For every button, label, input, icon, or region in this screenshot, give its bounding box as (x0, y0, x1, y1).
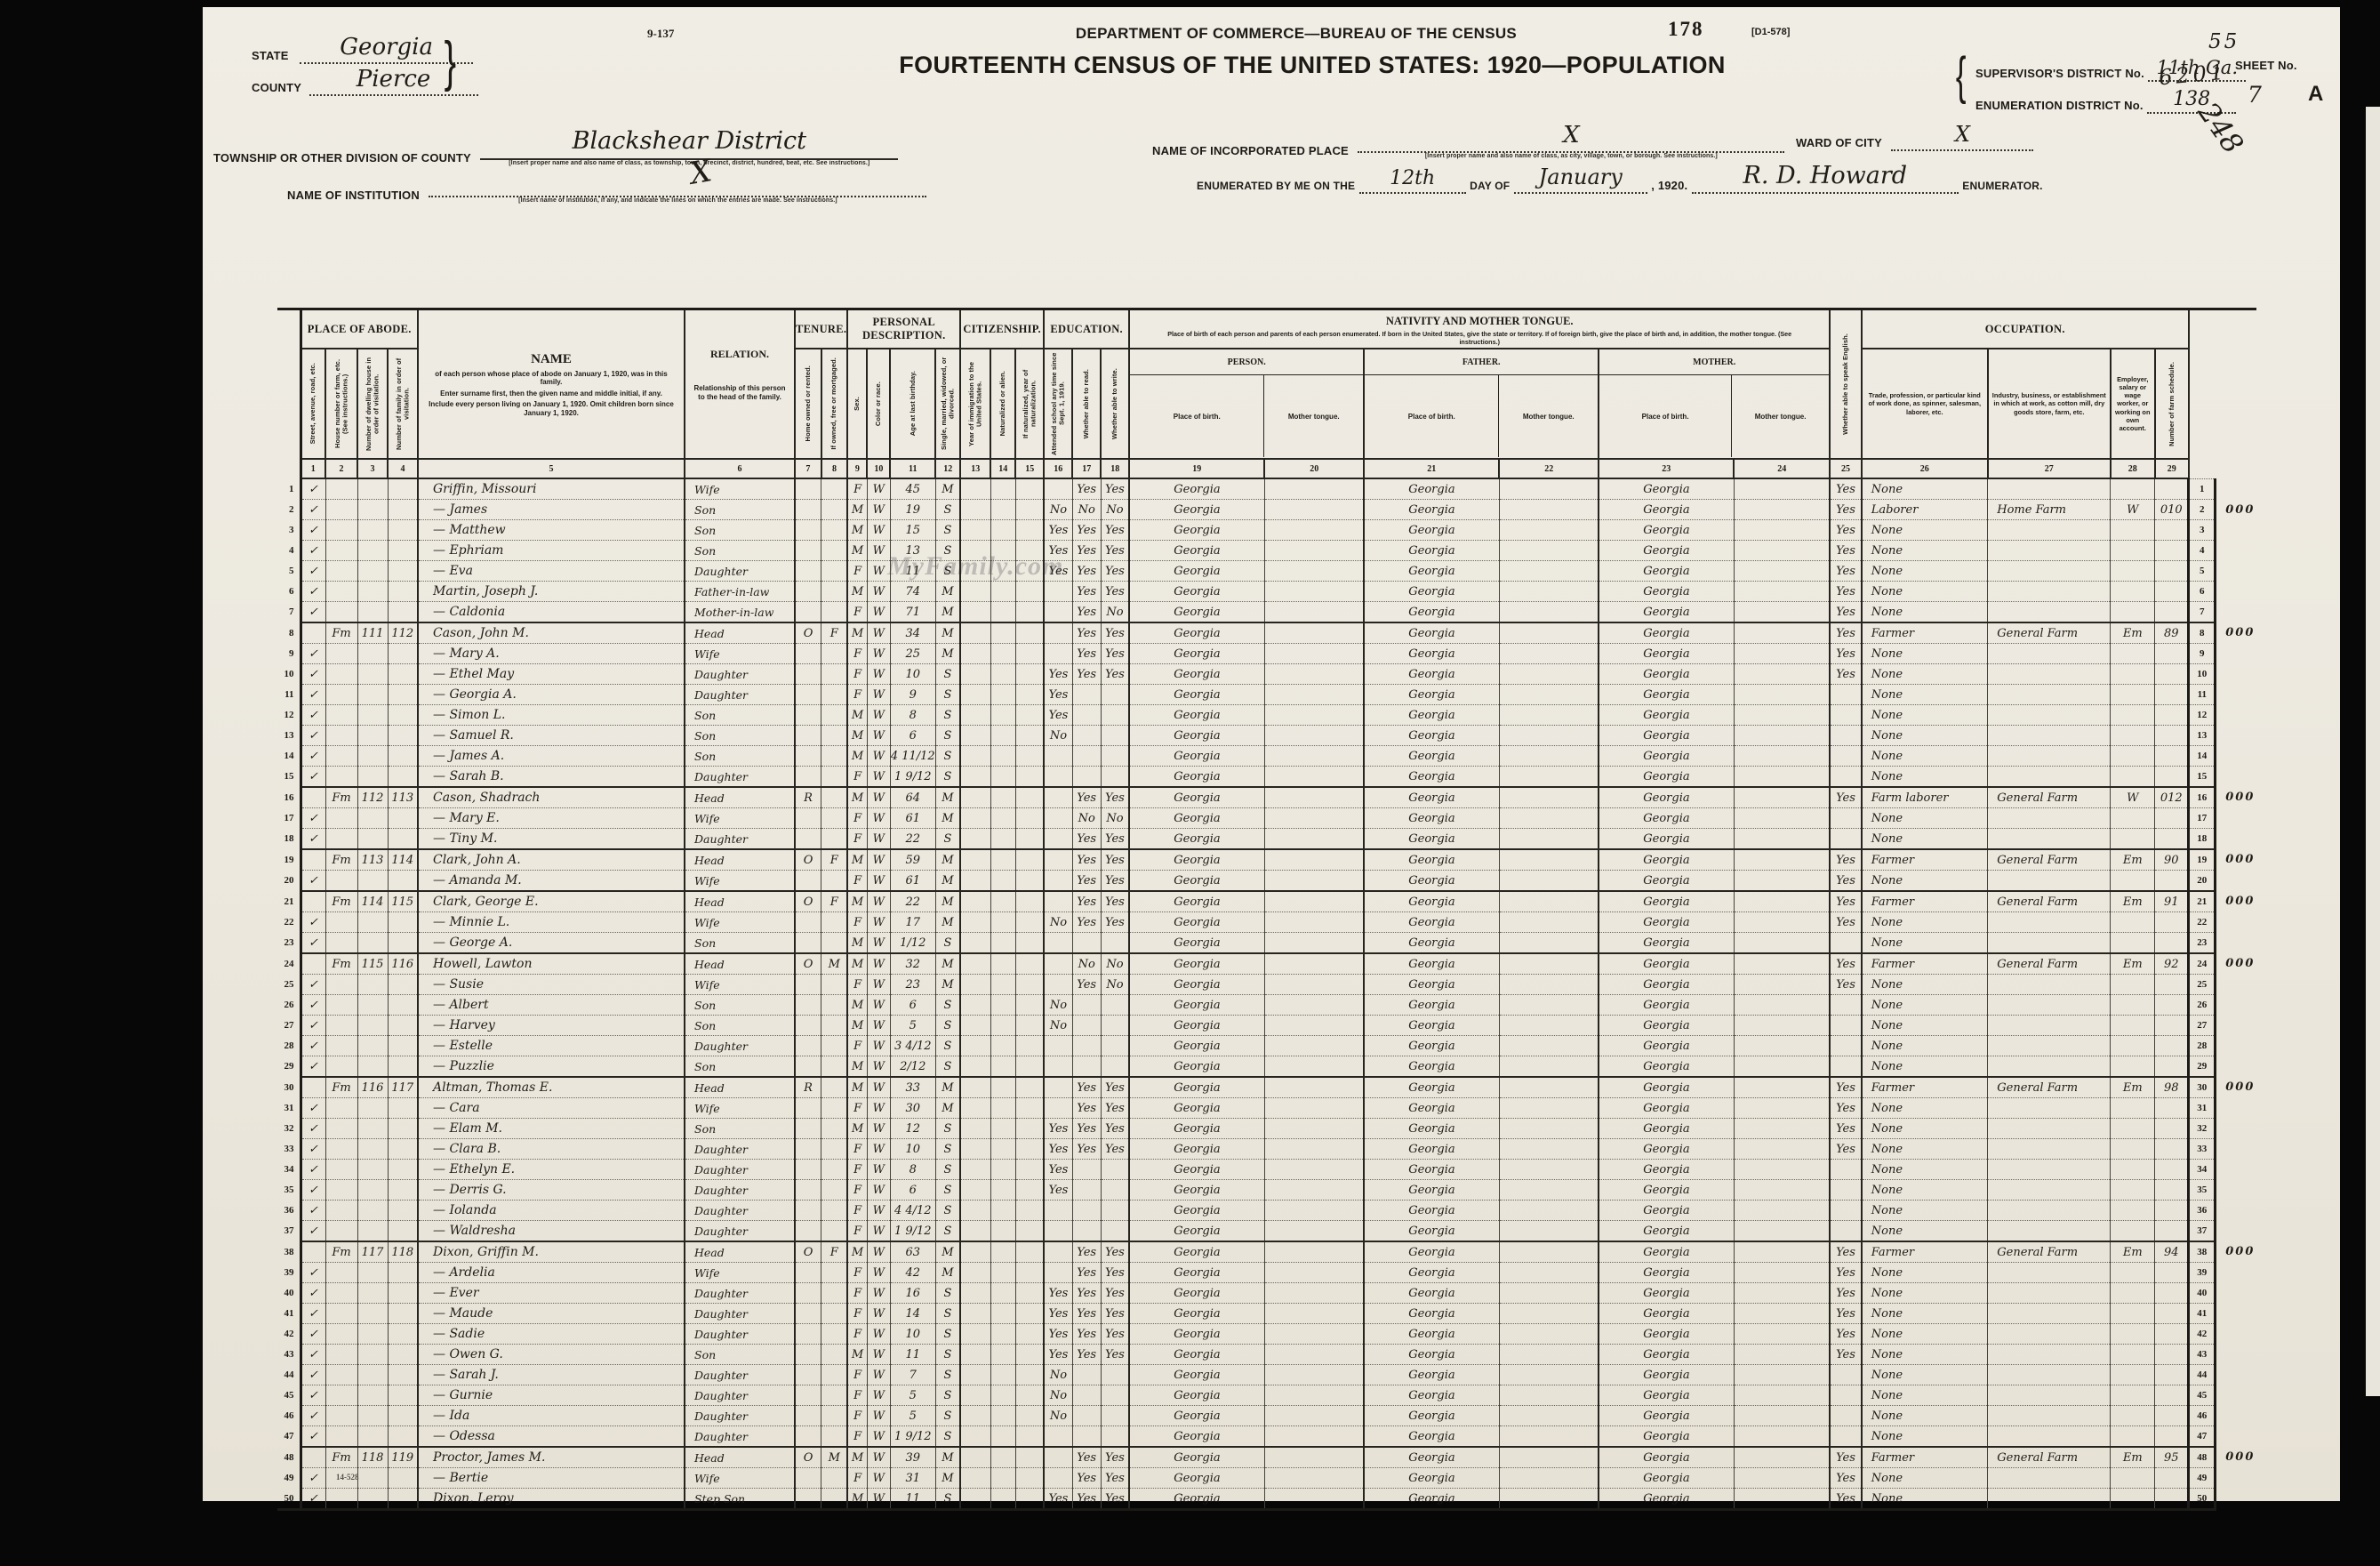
father-birthplace: Georgia (1364, 829, 1499, 850)
institution-row: NAME OF INSTITUTION [Insert name of inst… (287, 178, 926, 204)
mother-mother-tongue (1734, 767, 1830, 788)
sex: F (847, 1406, 867, 1426)
person-name: — Eva (418, 561, 685, 582)
owned-free-or-mortgaged (821, 1304, 848, 1324)
naturalized-or-alien (990, 685, 1015, 705)
able-to-write (1101, 726, 1129, 746)
mother-mother-tongue (1734, 1221, 1830, 1242)
attended-school (1044, 1201, 1072, 1221)
column-number: 16 (1044, 459, 1072, 478)
owned-free-or-mortgaged (821, 912, 848, 933)
age: 4 4/12 (890, 1201, 935, 1221)
abode-check: ✓ (301, 1056, 325, 1078)
age: 25 (890, 644, 935, 664)
farm-code (325, 705, 357, 726)
person-name: — Ephriam (418, 541, 685, 561)
industry (1988, 1056, 2111, 1078)
speaks-english: Yes (1830, 1489, 1862, 1510)
mother-mother-tongue (1734, 705, 1830, 726)
age: 33 (890, 1077, 935, 1098)
naturalized-or-alien (990, 975, 1015, 995)
naturalized-or-alien (990, 1201, 1015, 1221)
table-row: 48Fm118119Proctor, James M.HeadOMMW39MYe… (277, 1447, 2256, 1468)
able-to-write: No (1101, 808, 1129, 829)
table-row: 44✓— Sarah J.DaughterFW7SNoGeorgiaGeorgi… (277, 1365, 2256, 1385)
row-number-right: 17 (2189, 808, 2216, 829)
dwelling-number (357, 582, 388, 602)
farm-code (325, 500, 357, 520)
person-name: — Tiny M. (418, 829, 685, 850)
marital-status: M (935, 622, 960, 644)
margin-stamp (2216, 746, 2256, 767)
mother-mother-tongue (1734, 829, 1830, 850)
color-race: W (867, 1180, 890, 1201)
industry (1988, 1385, 2111, 1406)
col-head-free-mortgaged: If owned, free or mortgaged. (821, 349, 848, 459)
relation: Daughter (685, 1426, 795, 1448)
row-number-left: 9 (277, 644, 301, 664)
row-number-left: 33 (277, 1139, 301, 1160)
family-number: 114 (388, 849, 418, 871)
table-row: 32✓— Elam M.SonMW12SYesYesYesGeorgiaGeor… (277, 1119, 2256, 1139)
farm-schedule-number (2155, 644, 2189, 664)
naturalized-or-alien (990, 726, 1015, 746)
home-owned-or-rented (795, 1468, 821, 1489)
employer-class (2111, 871, 2155, 892)
naturalized-or-alien (990, 644, 1015, 664)
age: 13 (890, 541, 935, 561)
mother-birthplace: Georgia (1599, 1241, 1734, 1263)
able-to-write (1101, 1365, 1129, 1385)
naturalization-year (1015, 1468, 1044, 1489)
mother-birthplace: Georgia (1599, 1406, 1734, 1426)
row-number-left: 25 (277, 975, 301, 995)
immigration-year (960, 705, 990, 726)
dwelling-number (357, 1056, 388, 1078)
row-number-right: 39 (2189, 1263, 2216, 1283)
farm-code (325, 726, 357, 746)
table-row: 26✓— AlbertSonMW6SNoGeorgiaGeorgiaGeorgi… (277, 995, 2256, 1016)
marital-status: S (935, 1365, 960, 1385)
margin-stamp (2216, 602, 2256, 623)
column-number: 13 (960, 459, 990, 478)
attended-school: Yes (1044, 1324, 1072, 1345)
employer-class (2111, 1283, 2155, 1304)
able-to-read: Yes (1072, 912, 1101, 933)
attended-school (1044, 808, 1072, 829)
margin-stamp: 000 (2216, 1241, 2256, 1263)
naturalized-or-alien (990, 1489, 1015, 1510)
able-to-write: Yes (1101, 787, 1129, 808)
naturalization-year (1015, 975, 1044, 995)
table-row: 13✓— Samuel R.SonMW6SNoGeorgiaGeorgiaGeo… (277, 726, 2256, 746)
table-row: 40✓— EverDaughterFW16SYesYesYesGeorgiaGe… (277, 1283, 2256, 1304)
table-row: 28✓— EstelleDaughterFW3 4/12SGeorgiaGeor… (277, 1036, 2256, 1056)
naturalization-year (1015, 912, 1044, 933)
industry (1988, 644, 2111, 664)
trade: None (1862, 975, 1988, 995)
family-number (388, 1426, 418, 1448)
row-number-left: 1 (277, 478, 301, 500)
person-birthplace: Georgia (1129, 1098, 1264, 1119)
row-number-right: 35 (2189, 1180, 2216, 1201)
row-number-left: 41 (277, 1304, 301, 1324)
right-line-number-column (2189, 309, 2216, 479)
sex: F (847, 1365, 867, 1385)
dwelling-number (357, 1221, 388, 1242)
color-race: W (867, 500, 890, 520)
family-number (388, 975, 418, 995)
age: 5 (890, 1406, 935, 1426)
age: 11 (890, 1345, 935, 1365)
person-birthplace: Georgia (1129, 561, 1264, 582)
speaks-english: Yes (1830, 1345, 1862, 1365)
trade: None (1862, 1263, 1988, 1283)
trade: None (1862, 1365, 1988, 1385)
able-to-write: Yes (1101, 1447, 1129, 1468)
able-to-read (1072, 995, 1101, 1016)
sex: M (847, 622, 867, 644)
employer-class (2111, 808, 2155, 829)
row-number-right: 11 (2189, 685, 2216, 705)
person-mother-tongue (1264, 644, 1364, 664)
industry (1988, 726, 2111, 746)
father-birthplace: Georgia (1364, 746, 1499, 767)
row-number-right: 44 (2189, 1365, 2216, 1385)
speaks-english (1830, 767, 1862, 788)
father-birthplace: Georgia (1364, 953, 1499, 975)
marital-status: S (935, 1345, 960, 1365)
speaks-english (1830, 1385, 1862, 1406)
industry (1988, 1365, 2111, 1385)
immigration-year (960, 1119, 990, 1139)
father-birthplace: Georgia (1364, 1056, 1499, 1078)
row-number-left: 14 (277, 746, 301, 767)
father-birthplace: Georgia (1364, 767, 1499, 788)
age: 10 (890, 1324, 935, 1345)
mother-mother-tongue (1734, 933, 1830, 954)
relation: Daughter (685, 1036, 795, 1056)
margin-stamp (2216, 561, 2256, 582)
person-mother-tongue (1264, 1056, 1364, 1078)
state-row: STATE Georgia (252, 34, 473, 64)
color-race: W (867, 995, 890, 1016)
sex: M (847, 1056, 867, 1078)
able-to-read: Yes (1072, 582, 1101, 602)
able-to-write: Yes (1101, 1077, 1129, 1098)
abode-check: ✓ (301, 995, 325, 1016)
relation: Father-in-law (685, 582, 795, 602)
row-number-right: 14 (2189, 746, 2216, 767)
employer-class: Em (2111, 1241, 2155, 1263)
farm-schedule-number (2155, 1056, 2189, 1078)
supervisor-district-row: SUPERVISOR'S DISTRICT No. 11th Ga. (1975, 57, 2246, 82)
home-owned-or-rented (795, 1160, 821, 1180)
immigration-year (960, 1139, 990, 1160)
father-birthplace: Georgia (1364, 726, 1499, 746)
age: 19 (890, 500, 935, 520)
father-birthplace: Georgia (1364, 1241, 1499, 1263)
able-to-read (1072, 746, 1101, 767)
able-to-read (1072, 1426, 1101, 1448)
table-row: 21Fm114115Clark, George E.HeadOFMW22MYes… (277, 891, 2256, 912)
able-to-write (1101, 1201, 1129, 1221)
mother-mother-tongue (1734, 1036, 1830, 1056)
owned-free-or-mortgaged (821, 767, 848, 788)
column-number: 19 (1129, 459, 1264, 478)
home-owned-or-rented: R (795, 787, 821, 808)
father-birthplace: Georgia (1364, 478, 1499, 500)
abode-check: ✓ (301, 1180, 325, 1201)
home-owned-or-rented: O (795, 953, 821, 975)
mother-birthplace: Georgia (1599, 726, 1734, 746)
able-to-read: Yes (1072, 1489, 1101, 1510)
person-birthplace: Georgia (1129, 1365, 1264, 1385)
table-row: 30Fm116117Altman, Thomas E.HeadRMW33MYes… (277, 1077, 2256, 1098)
owned-free-or-mortgaged: F (821, 1241, 848, 1263)
owned-free-or-mortgaged (821, 933, 848, 954)
home-owned-or-rented (795, 933, 821, 954)
family-number (388, 1139, 418, 1160)
able-to-read (1072, 705, 1101, 726)
farm-code (325, 829, 357, 850)
subgroup-person: PERSON. Place of birth.Mother tongue. (1129, 349, 1364, 459)
color-race: W (867, 1304, 890, 1324)
employer-class (2111, 995, 2155, 1016)
home-owned-or-rented (795, 1119, 821, 1139)
attended-school: No (1044, 912, 1072, 933)
naturalized-or-alien (990, 1077, 1015, 1098)
row-number-right: 3 (2189, 520, 2216, 541)
able-to-read: Yes (1072, 1345, 1101, 1365)
abode-check: ✓ (301, 685, 325, 705)
relation: Daughter (685, 1385, 795, 1406)
person-birthplace: Georgia (1129, 1077, 1264, 1098)
column-number: 3 (357, 459, 388, 478)
attended-school: Yes (1044, 541, 1072, 561)
dwelling-number (357, 602, 388, 623)
family-number (388, 1365, 418, 1385)
trade: None (1862, 1304, 1988, 1324)
able-to-write: Yes (1101, 871, 1129, 892)
dwelling-number (357, 829, 388, 850)
row-number-left: 6 (277, 582, 301, 602)
farm-schedule-number (2155, 1426, 2189, 1448)
person-birthplace: Georgia (1129, 871, 1264, 892)
person-mother-tongue (1264, 622, 1364, 644)
sex: M (847, 849, 867, 871)
naturalization-year (1015, 541, 1044, 561)
table-row: 39✓— ArdeliaWifeFW42MYesYesGeorgiaGeorgi… (277, 1263, 2256, 1283)
color-race: W (867, 891, 890, 912)
family-number (388, 912, 418, 933)
relation: Daughter (685, 1406, 795, 1426)
family-number (388, 1098, 418, 1119)
immigration-year (960, 912, 990, 933)
trade: Farmer (1862, 953, 1988, 975)
employer-class (2111, 1489, 2155, 1510)
person-name: — Mary E. (418, 808, 685, 829)
dwelling-number (357, 1365, 388, 1385)
scanner-edge (2366, 107, 2380, 1396)
sex: M (847, 582, 867, 602)
sex: M (847, 541, 867, 561)
margin-stamp (2216, 1036, 2256, 1056)
color-race: W (867, 829, 890, 850)
ward-value: X (1891, 123, 2033, 151)
naturalized-or-alien (990, 1365, 1015, 1385)
farm-schedule-number (2155, 933, 2189, 954)
column-number: 10 (867, 459, 890, 478)
abode-check (301, 891, 325, 912)
col-head-able-to-write: Whether able to write. (1101, 349, 1129, 459)
dwelling-number (357, 995, 388, 1016)
mother-mother-tongue (1734, 1283, 1830, 1304)
dwelling-number (357, 871, 388, 892)
farm-code (325, 1489, 357, 1510)
able-to-read: Yes (1072, 1241, 1101, 1263)
person-mother-tongue (1264, 561, 1364, 582)
table-row: 31✓— CaraWifeFW30MYesYesGeorgiaGeorgiaGe… (277, 1098, 2256, 1119)
person-mother-tongue (1264, 1180, 1364, 1201)
mother-mother-tongue (1734, 953, 1830, 975)
immigration-year (960, 1345, 990, 1365)
relation: Son (685, 520, 795, 541)
census-rows: 1✓Griffin, MissouriWifeFW45MYesYesGeorgi… (277, 478, 2256, 1510)
sex: F (847, 1201, 867, 1221)
employer-class (2111, 1426, 2155, 1448)
farm-code (325, 664, 357, 685)
industry (1988, 1119, 2111, 1139)
farm-code (325, 912, 357, 933)
margin-stamp (2216, 1180, 2256, 1201)
family-number (388, 995, 418, 1016)
margin-stamp (2216, 1468, 2256, 1489)
relation: Daughter (685, 1201, 795, 1221)
naturalized-or-alien (990, 1426, 1015, 1448)
person-name: Dixon, Leroy (418, 1489, 685, 1510)
mother-birthplace: Georgia (1599, 975, 1734, 995)
speaks-english: Yes (1830, 891, 1862, 912)
immigration-year (960, 644, 990, 664)
speaks-english (1830, 1016, 1862, 1036)
trade: None (1862, 871, 1988, 892)
trade: None (1862, 685, 1988, 705)
name-desc-2: Enter surname first, then the given name… (424, 389, 678, 398)
able-to-read: Yes (1072, 1077, 1101, 1098)
table-row: 9✓— Mary A.WifeFW25MYesYesGeorgiaGeorgia… (277, 644, 2256, 664)
attended-school: Yes (1044, 561, 1072, 582)
person-name: — Bertie (418, 1468, 685, 1489)
mother-birthplace: Georgia (1599, 1056, 1734, 1078)
father-mother-tongue (1499, 1098, 1599, 1119)
farm-code (325, 602, 357, 623)
able-to-write (1101, 767, 1129, 788)
naturalized-or-alien (990, 829, 1015, 850)
able-to-read: Yes (1072, 829, 1101, 850)
industry: General Farm (1988, 622, 2111, 644)
relation: Son (685, 500, 795, 520)
speaks-english: Yes (1830, 622, 1862, 644)
mother-birthplace: Georgia (1599, 1345, 1734, 1365)
trade: Farm laborer (1862, 787, 1988, 808)
speaks-english: Yes (1830, 1241, 1862, 1263)
naturalized-or-alien (990, 520, 1015, 541)
able-to-read (1072, 1365, 1101, 1385)
trade: None (1862, 1221, 1988, 1242)
table-row: 3✓— MatthewSonMW15SYesYesYesGeorgiaGeorg… (277, 520, 2256, 541)
employer-class (2111, 1468, 2155, 1489)
employer-class (2111, 1304, 2155, 1324)
farm-code (325, 1385, 357, 1406)
sex: F (847, 602, 867, 623)
abode-check: ✓ (301, 1468, 325, 1489)
employer-class (2111, 1345, 2155, 1365)
farm-schedule-number: 95 (2155, 1447, 2189, 1468)
speaks-english (1830, 685, 1862, 705)
row-number-left: 12 (277, 705, 301, 726)
age: 64 (890, 787, 935, 808)
mother-birthplace: Georgia (1599, 1447, 1734, 1468)
mother-birthplace: Georgia (1599, 767, 1734, 788)
naturalized-or-alien (990, 891, 1015, 912)
group-citizenship: CITIZENSHIP. (960, 309, 1044, 349)
margin-stamp (2216, 829, 2256, 850)
mother-mother-tongue (1734, 1180, 1830, 1201)
row-number-right: 30 (2189, 1077, 2216, 1098)
able-to-write: Yes (1101, 1345, 1129, 1365)
margin-stamp: 000 (2216, 787, 2256, 808)
row-number-left: 30 (277, 1077, 301, 1098)
incorporated-value: X (1358, 123, 1784, 153)
age: 61 (890, 871, 935, 892)
person-mother-tongue (1264, 1201, 1364, 1221)
farm-schedule-number (2155, 746, 2189, 767)
ward-label: WARD OF CITY (1796, 136, 1882, 149)
sex: F (847, 1098, 867, 1119)
table-row: 17✓— Mary E.WifeFW61MNoNoGeorgiaGeorgiaG… (277, 808, 2256, 829)
speaks-english (1830, 1406, 1862, 1426)
relation: Son (685, 1056, 795, 1078)
owned-free-or-mortgaged (821, 787, 848, 808)
color-race: W (867, 1201, 890, 1221)
farm-schedule-number (2155, 602, 2189, 623)
naturalization-year (1015, 1139, 1044, 1160)
owned-free-or-mortgaged (821, 1119, 848, 1139)
immigration-year (960, 726, 990, 746)
person-birthplace: Georgia (1129, 1160, 1264, 1180)
able-to-write: Yes (1101, 1468, 1129, 1489)
department-title: DEPARTMENT OF COMMERCE—BUREAU OF THE CEN… (941, 25, 1652, 43)
able-to-write: Yes (1101, 891, 1129, 912)
attended-school: No (1044, 726, 1072, 746)
column-number: 9 (847, 459, 867, 478)
abode-check (301, 1077, 325, 1098)
person-mother-tongue (1264, 1221, 1364, 1242)
father-mother-tongue (1499, 1426, 1599, 1448)
industry (1988, 1098, 2111, 1119)
mother-mother-tongue (1734, 1365, 1830, 1385)
sheet-value: 7 (2248, 82, 2262, 108)
able-to-write: Yes (1101, 644, 1129, 664)
father-birthplace: Georgia (1364, 1180, 1499, 1201)
naturalization-year (1015, 664, 1044, 685)
father-mother-tongue (1499, 1489, 1599, 1510)
person-mother-tongue (1264, 1324, 1364, 1345)
row-number-left: 29 (277, 1056, 301, 1078)
marital-status: M (935, 602, 960, 623)
immigration-year (960, 1447, 990, 1468)
